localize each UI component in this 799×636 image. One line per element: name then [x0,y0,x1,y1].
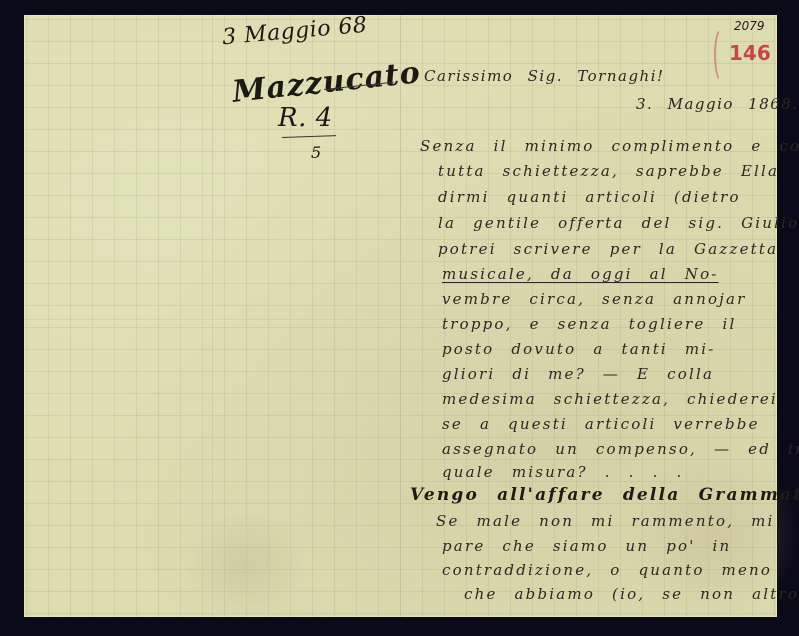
letter-line: Se male non mi rammento, mi [436,512,775,530]
letter-salutation: Carissimo Sig. Tornaghi! [424,67,665,85]
letter-line: potrei scrivere per la Gazzetta [438,240,778,258]
letter-line: contraddizione, o quanto meno [442,561,772,579]
docket-mark: R. 4 [278,103,333,133]
letter-line: dirmi quanti articoli (dietro [438,188,741,206]
catalog-bracket [714,27,730,83]
paper-stain [174,515,314,615]
letter-line: medesima schiettezza, chiederei [442,390,778,408]
center-fold [400,15,402,617]
docket-sub-number: 5 [311,143,322,162]
letter-dateline: 3. Maggio 1868. [636,95,799,113]
letter-line: se a questi articoli verrebbe [442,415,760,433]
letter-line: Vengo all'affare della Grammatica. [410,485,799,505]
letter-line: la gentile offerta del sig. Giulio) [438,214,799,232]
letter-line: tutta schiettezza, saprebbe Ella [438,162,779,180]
docket-mark-underline [282,135,336,138]
letter-line: Senza il minimo complimento e con [420,137,799,155]
letter-line: vembre circa, senza annojar [442,290,747,308]
docket-date: 3 Maggio 68 [221,13,368,51]
letter-line: gliori di me? — E colla [442,365,714,383]
letter-line: troppo, e senza togliere il [442,315,736,333]
document-scan: 2079 146 3 Maggio 68 Mazzucato R. 4 5 Ca… [0,0,799,636]
letter-line: musicale, da oggi al No- [442,265,719,283]
letter-line: assegnato un compenso, — ed in [442,440,799,458]
letter-line: che abbiamo (io, se non altro) [464,585,799,603]
archive-number: 2079 [734,19,765,33]
letter-paper: 2079 146 3 Maggio 68 Mazzucato R. 4 5 Ca… [24,15,777,617]
letter-line: pare che siamo un po' in [442,537,731,555]
letter-line: quale misura? . . . . [442,463,684,481]
catalog-number: 146 [729,41,771,65]
letter-line: posto dovuto a tanti mi- [442,340,716,358]
